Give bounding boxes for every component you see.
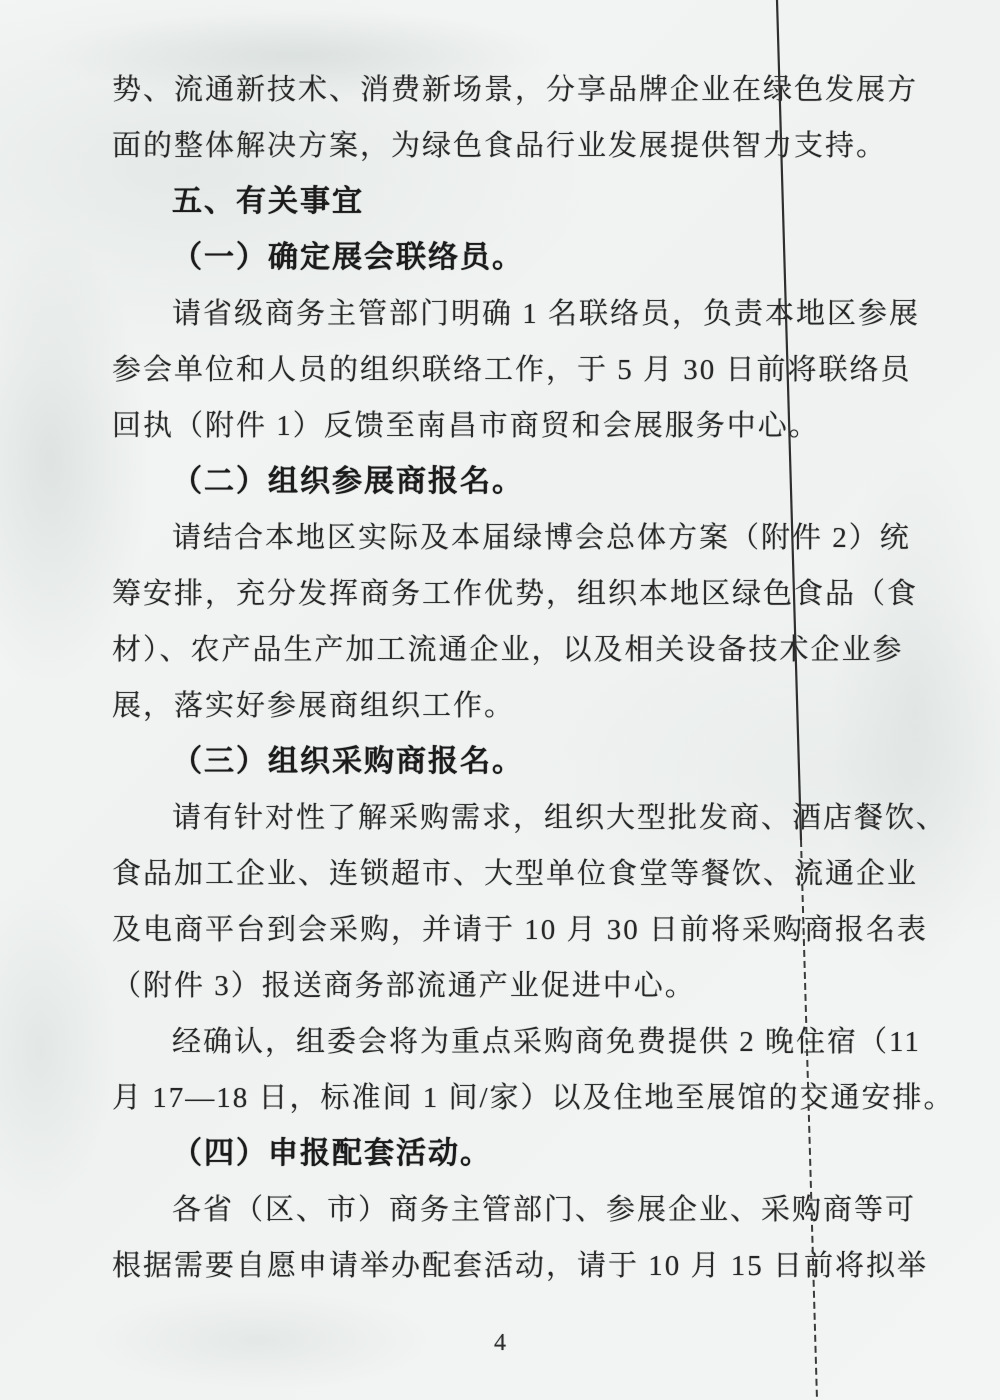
text-line: 面的整体解决方案，为绿色食品行业发展提供智力支持。 <box>112 118 917 174</box>
document-body-text: 势、流通新技术、消费新场景，分享品牌企业在绿色发展方 面的整体解决方案，为绿色食… <box>112 62 917 1294</box>
text-line: 及电商平台到会采购，并请于 10 月 30 日前将采购商报名表 <box>112 902 917 958</box>
text-line: 筹安排，充分发挥商务工作优势，组织本地区绿色食品（食 <box>112 566 917 622</box>
text-line: 根据需要自愿申请举办配套活动，请于 10 月 15 日前将拟举 <box>112 1238 917 1294</box>
text-line: 请省级商务主管部门明确 1 名联络员，负责本地区参展 <box>112 286 917 342</box>
text-line: 请有针对性了解采购需求，组织大型批发商、酒店餐饮、 <box>112 790 917 846</box>
subsection-heading: （二）组织参展商报名。 <box>112 454 917 510</box>
subsection-heading: （四）申报配套活动。 <box>112 1126 917 1182</box>
subsection-heading: （三）组织采购商报名。 <box>112 734 917 790</box>
text-line: 各省（区、市）商务主管部门、参展企业、采购商等可 <box>112 1182 917 1238</box>
text-line: 参会单位和人员的组织联络工作，于 5 月 30 日前将联络员 <box>112 342 917 398</box>
text-line: 材）、农产品生产加工流通企业，以及相关设备技术企业参 <box>112 622 917 678</box>
page-number: 4 <box>0 1330 1000 1357</box>
scanned-document-page: 势、流通新技术、消费新场景，分享品牌企业在绿色发展方 面的整体解决方案，为绿色食… <box>0 0 1000 1400</box>
text-line: 回执（附件 1）反馈至南昌市商贸和会展服务中心。 <box>112 398 917 454</box>
text-line: 经确认，组委会将为重点采购商免费提供 2 晚住宿（11 <box>112 1014 917 1070</box>
text-line: 食品加工企业、连锁超市、大型单位食堂等餐饮、流通企业 <box>112 846 917 902</box>
text-line: 请结合本地区实际及本届绿博会总体方案（附件 2）统 <box>112 510 917 566</box>
scan-smudge-artifact <box>0 880 120 1220</box>
subsection-heading: （一）确定展会联络员。 <box>112 230 917 286</box>
text-line: （附件 3）报送商务部流通产业促进中心。 <box>112 958 917 1014</box>
text-line: 势、流通新技术、消费新场景，分享品牌企业在绿色发展方 <box>112 62 917 118</box>
text-line: 月 17—18 日，标准间 1 间/家）以及住地至展馆的交通安排。 <box>112 1070 917 1126</box>
section-heading: 五、有关事宜 <box>112 174 917 230</box>
text-line: 展，落实好参展商组织工作。 <box>112 678 917 734</box>
